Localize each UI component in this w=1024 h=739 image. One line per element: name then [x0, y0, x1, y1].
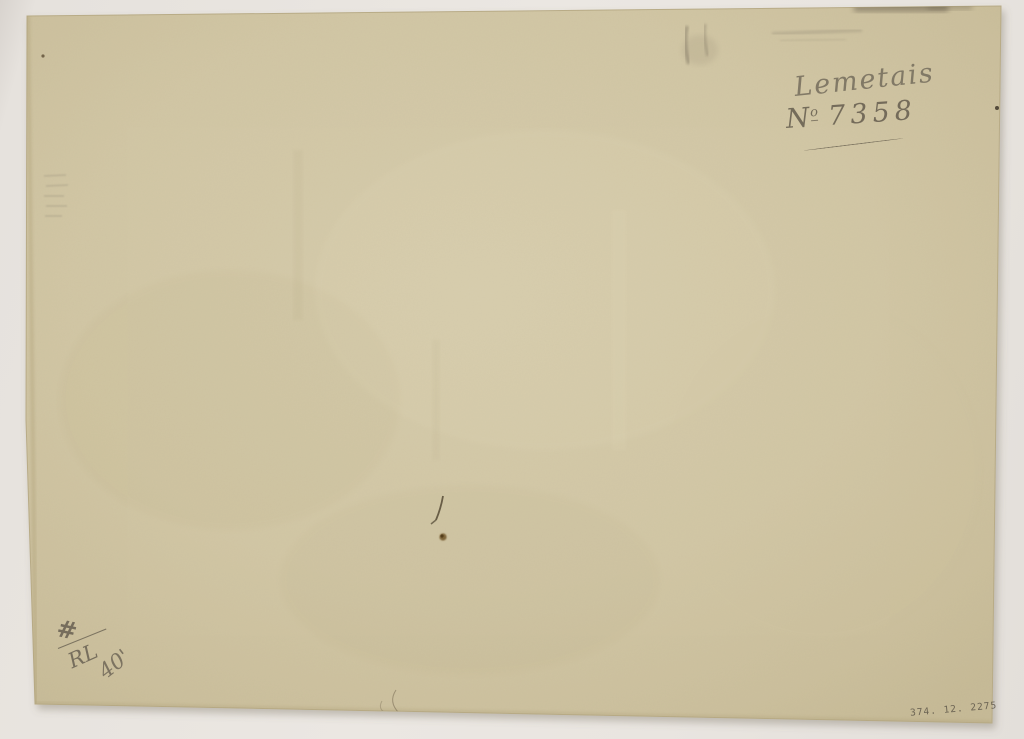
stain-dot [439, 533, 446, 540]
scanned-sheet: Lemetais No7358 # RL 40' 374. 12. 2275 [0, 0, 1024, 739]
paper-sheet [0, 0, 1024, 739]
paper-smudges [0, 0, 1024, 739]
